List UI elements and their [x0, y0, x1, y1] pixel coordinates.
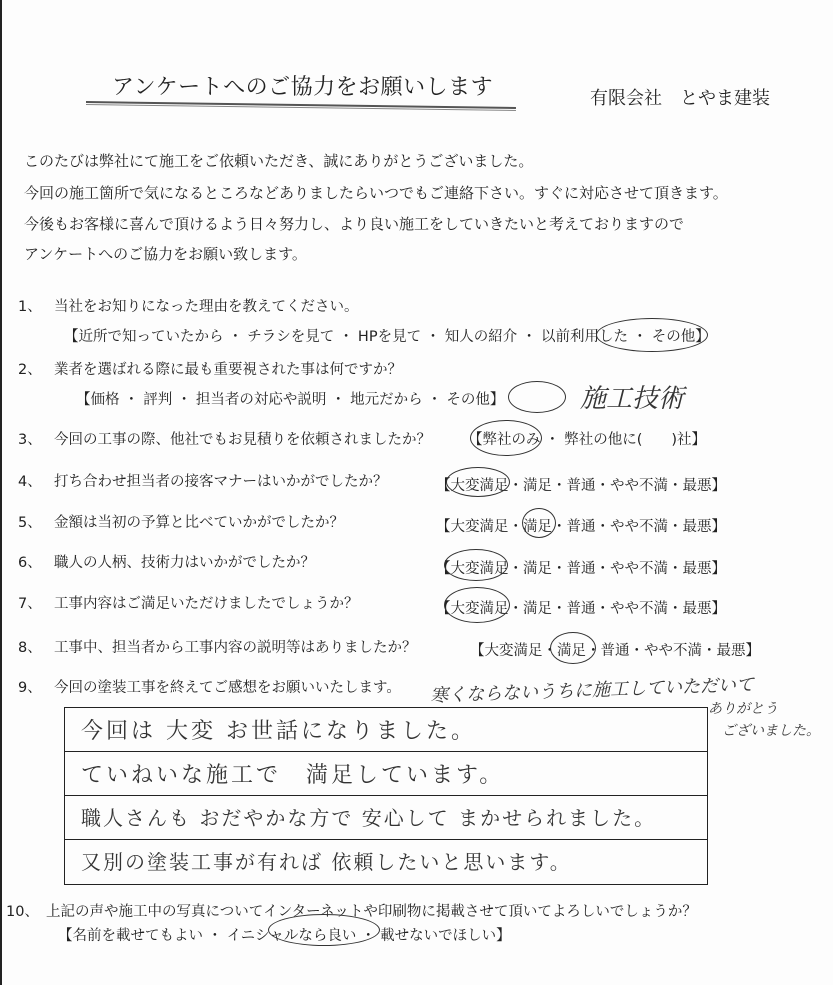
question-6-options: 【大変満足・満足・普通・やや不満・最悪】	[436, 557, 726, 578]
company-name: 有限会社 とやま建装	[590, 84, 770, 110]
question-1-number: 1、	[18, 295, 42, 316]
comment-line-2: ていねいな施工で 満足しています。	[65, 752, 707, 796]
question-3-number: 3、	[18, 428, 42, 449]
comment-box: 今回は 大変 お世話になりました。 ていねいな施工で 満足しています。 職人さん…	[64, 707, 708, 885]
selection-circle-q2	[508, 381, 566, 413]
question-1-options: 【近所で知っていたから ・ チラシを見て ・ HPを見て ・ 知人の紹介 ・ 以…	[64, 325, 710, 346]
question-7-options: 【大変満足・満足・普通・やや不満・最悪】	[436, 597, 726, 618]
page-title: アンケートへのご協力をお願いします	[112, 70, 493, 101]
question-6-number: 6、	[18, 551, 42, 572]
question-3-options: 【弊社のみ ・ 弊社の他に( )社】	[468, 428, 706, 449]
question-3-text: 今回の工事の際、他社でもお見積りを依頼されましたか？	[54, 428, 431, 449]
question-7-text: 工事内容はご満足いただけましたでしょうか？	[54, 592, 359, 613]
question-8-options: 【大変満足・満足・普通・やや不満・最悪】	[470, 639, 760, 660]
question-7-number: 7、	[18, 592, 42, 613]
scan-edge	[0, 0, 2, 985]
question-1-text: 当社をお知りになった理由を教えてください。	[54, 295, 359, 316]
question-2-number: 2、	[18, 358, 42, 379]
comment-text-3: 職人さんも おだやかな方で 安心して まかせられました。	[81, 802, 656, 831]
question-5-number: 5、	[18, 511, 42, 532]
comment-line-3: 職人さんも おだやかな方で 安心して まかせられました。	[65, 796, 707, 840]
question-4-number: 4、	[18, 470, 42, 491]
question-2-text: 業者を選ばれる際に最も重要視された事は何ですか？	[54, 358, 402, 379]
comment-line-4: 又別の塗装工事が有れば 依頼したいと思います。	[65, 840, 707, 884]
question-6-text: 職人の人柄、技術力はいかがでしたか？	[54, 551, 315, 572]
intro-line-1: このたびは弊社にて施工をご依頼いただき、誠にありがとうございました。	[24, 150, 533, 171]
intro-line-3: 今後もお客様に喜んで頂けるよう日々努力し、より良い施工をしていきたいと考えており…	[24, 213, 684, 234]
question-5-text: 金額は当初の予算と比べていかがでしたか？	[54, 511, 344, 532]
question-10-text: 上記の声や施工中の写真についてインターネットや印刷物に掲載させて頂いてよろしいで…	[46, 900, 697, 921]
comment-line-1: 今回は 大変 お世話になりました。	[65, 708, 707, 752]
question-8-number: 8、	[18, 636, 42, 657]
intro-line-4: アンケートへのご協力をお願い致します。	[24, 243, 307, 264]
question-5-options: 【大変満足・満足・普通・やや不満・最悪】	[436, 515, 726, 536]
handwritten-answer-q2: 施工技術	[580, 378, 684, 415]
question-8-text: 工事中、担当者から工事内容の説明等はありましたか？	[54, 636, 417, 657]
intro-line-2: 今回の施工箇所で気になるところなどありましたらいつでもご連絡下さい。すぐに対応さ…	[24, 182, 728, 203]
comment-text-4: 又別の塗装工事が有れば 依頼したいと思います。	[81, 846, 572, 875]
question-9-text: 今回の塗装工事を終えてご感想をお願いいたします。	[54, 676, 401, 697]
question-10-options: 【名前を載せてもよい ・ イニシャルなら良い ・ 載せないでほしい】	[58, 924, 511, 945]
comment-text-2: ていねいな施工で 満足しています。	[81, 758, 504, 789]
handwritten-side-note-1: ありがとう	[708, 698, 778, 718]
question-4-options: 【大変満足・満足・普通・やや不満・最悪】	[436, 474, 726, 495]
comment-text-1: 今回は 大変 お世話になりました。	[81, 714, 476, 745]
handwritten-side-note-2: ございました。	[722, 720, 820, 740]
handwritten-comment-header: 寒くならないうちに施工していただいて	[430, 670, 755, 707]
question-10-number: 10、	[6, 900, 39, 921]
question-9-number: 9、	[18, 676, 42, 697]
question-2-options: 【価格 ・ 評判 ・ 担当者の対応や説明 ・ 地元だから ・ その他】	[76, 388, 504, 409]
question-4-text: 打ち合わせ担当者の接客マナーはいかがでしたか？	[54, 470, 388, 491]
